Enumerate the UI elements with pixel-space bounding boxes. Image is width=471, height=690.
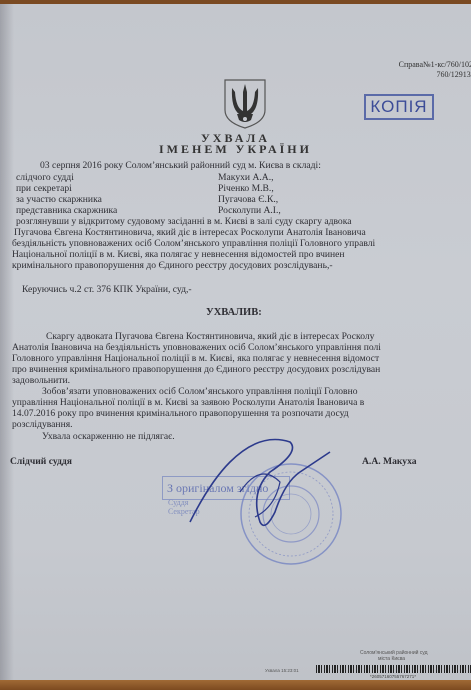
- footer-city-line: міста Києва: [360, 656, 428, 662]
- signature-name: А.А. Макуха: [362, 456, 417, 467]
- case-number-line1: Справа№1-кс/760/1027: [399, 60, 471, 70]
- guided-by-line: Керуючись ч.2 ст. 376 КПК України, суд,-: [22, 284, 192, 295]
- decision-line-1: Анатолія Івановича на бездіяльність упов…: [12, 342, 381, 353]
- oblige-line-2: 14.07.2016 року про вчинення кримінально…: [12, 408, 349, 419]
- decision-line-2: Головного управління Національної поліці…: [12, 353, 379, 364]
- composition-role-3: представника скаржника: [16, 205, 117, 216]
- barcode-number: *26057160755767271*: [370, 674, 416, 679]
- footer-doc-label: Ухвала 15:23:01: [265, 668, 299, 673]
- considered-line-3: Національної поліції в м. Києві, яка пол…: [12, 249, 345, 260]
- oblige-line-1: управління Національної поліції в м. Киє…: [12, 397, 364, 408]
- trident-emblem-icon: [223, 78, 267, 130]
- composition-role-1: при секретарі: [16, 183, 72, 194]
- decision-line-4: задовольнити.: [12, 375, 70, 386]
- oblige-line-0: Зобов’язати уповноважених осіб Солом’янс…: [42, 386, 358, 397]
- composition-name-0: Макухи А.А.,: [218, 172, 274, 183]
- considered-line-0: розглянувши у відкритому судовому засіда…: [16, 216, 352, 227]
- composition-role-0: слідчого судді: [16, 172, 74, 183]
- date-line: 03 серпня 2016 року Солом’янський районн…: [40, 160, 321, 171]
- decided-heading: УХВАЛИВ:: [206, 307, 262, 318]
- court-document-page: Справа№1-кс/760/1027 760/12913/1 КОПІЯ У…: [0, 4, 471, 680]
- considered-line-4: кримінального правопорушення до Єдиного …: [12, 260, 333, 271]
- composition-name-3: Росколупи А.І.,: [218, 205, 281, 216]
- signature-role: Слідчий суддя: [10, 456, 72, 467]
- barcode-icon: [316, 665, 471, 673]
- composition-name-2: Пугачова Є.К.,: [218, 194, 278, 205]
- document-subtitle: ІМЕНЕМ УКРАЇНИ: [0, 142, 471, 157]
- composition-role-2: за участю скаржника: [16, 194, 102, 205]
- case-number-line2: 760/12913/1: [399, 70, 471, 80]
- footer-court-name: Солом'янський районний суд міста Києва: [360, 650, 428, 662]
- copy-stamp: КОПІЯ: [364, 94, 434, 120]
- oblige-line-3: розслідування.: [12, 419, 73, 430]
- considered-line-2: бездіяльність уповноважених осіб Солом’я…: [12, 238, 375, 249]
- table-surface-bottom: [0, 680, 471, 690]
- decision-line-3: про вчинення кримінального правопорушенн…: [12, 364, 380, 375]
- judge-signature-icon: [150, 422, 350, 532]
- composition-name-1: Річенко М.В.,: [218, 183, 274, 194]
- considered-line-1: Пугачова Євгена Костянтиновича, який діє…: [14, 227, 366, 238]
- decision-line-0: Скаргу адвоката Пугачова Євгена Костянти…: [46, 331, 374, 342]
- case-number: Справа№1-кс/760/1027 760/12913/1: [399, 60, 471, 80]
